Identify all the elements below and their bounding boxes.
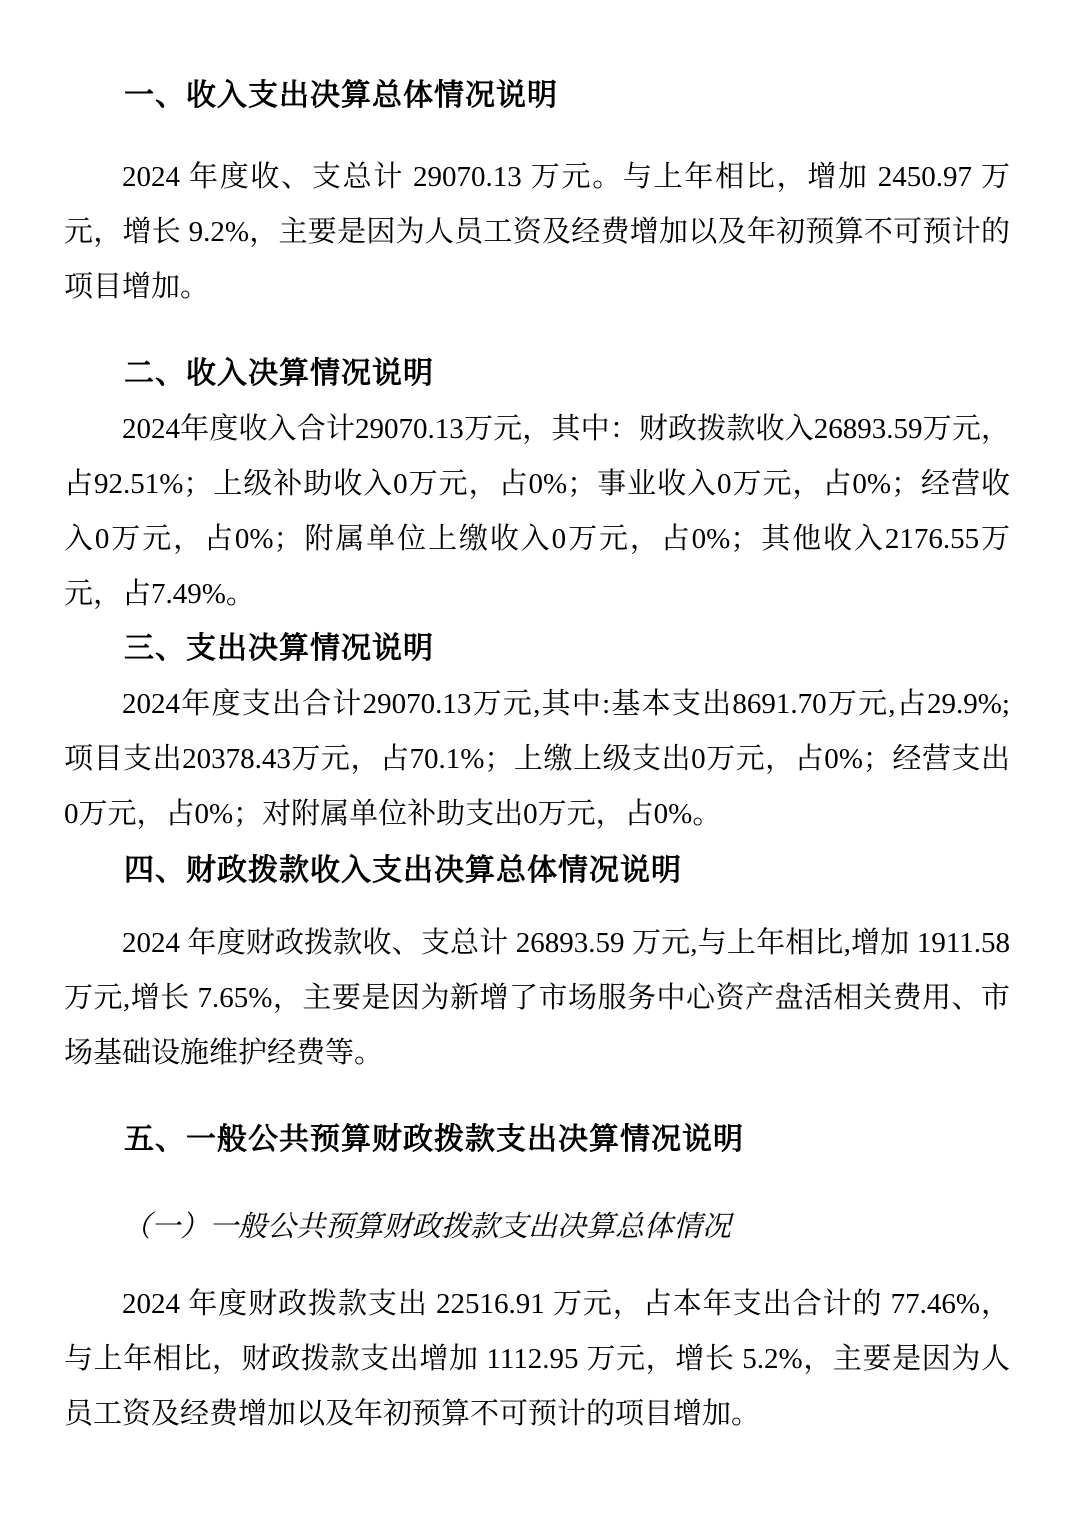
section-5-subheading: （一）一般公共预算财政拨款支出决算总体情况: [64, 1200, 1010, 1255]
section-4: 四、财政拨款收入支出决算总体情况说明 2024 年度财政拨款收、支总计 2689…: [64, 849, 1010, 1081]
document-content: 一、收入支出决算总体情况说明 2024 年度收、支总计 29070.13 万元。…: [0, 0, 1074, 1442]
section-4-heading: 四、财政拨款收入支出决算总体情况说明: [64, 849, 1010, 893]
section-3: 三、支出决算情况说明 2024年度支出合计29070.13万元,其中:基本支出8…: [64, 627, 1010, 842]
section-5-paragraph: 2024 年度财政拨款支出 22516.91 万元，占本年支出合计的 77.46…: [64, 1277, 1010, 1442]
section-1-paragraph: 2024 年度收、支总计 29070.13 万元。与上年相比，增加 2450.9…: [64, 150, 1010, 315]
section-2: 二、收入决算情况说明 2024年度收入合计29070.13万元，其中：财政拨款收…: [64, 352, 1010, 622]
section-2-paragraph: 2024年度收入合计29070.13万元，其中：财政拨款收入26893.59万元…: [64, 402, 1010, 622]
section-1: 一、收入支出决算总体情况说明 2024 年度收、支总计 29070.13 万元。…: [64, 74, 1010, 315]
section-3-paragraph: 2024年度支出合计29070.13万元,其中:基本支出8691.70万元,占2…: [64, 677, 1010, 842]
section-1-heading: 一、收入支出决算总体情况说明: [64, 74, 1010, 118]
section-5-heading: 五、一般公共预算财政拨款支出决算情况说明: [64, 1118, 1010, 1162]
document-page: 一、收入支出决算总体情况说明 2024 年度收、支总计 29070.13 万元。…: [0, 0, 1074, 1520]
section-2-heading: 二、收入决算情况说明: [64, 352, 1010, 396]
section-5: 五、一般公共预算财政拨款支出决算情况说明 （一）一般公共预算财政拨款支出决算总体…: [64, 1118, 1010, 1442]
section-3-heading: 三、支出决算情况说明: [64, 627, 1010, 671]
section-4-paragraph: 2024 年度财政拨款收、支总计 26893.59 万元,与上年相比,增加 19…: [64, 916, 1010, 1081]
